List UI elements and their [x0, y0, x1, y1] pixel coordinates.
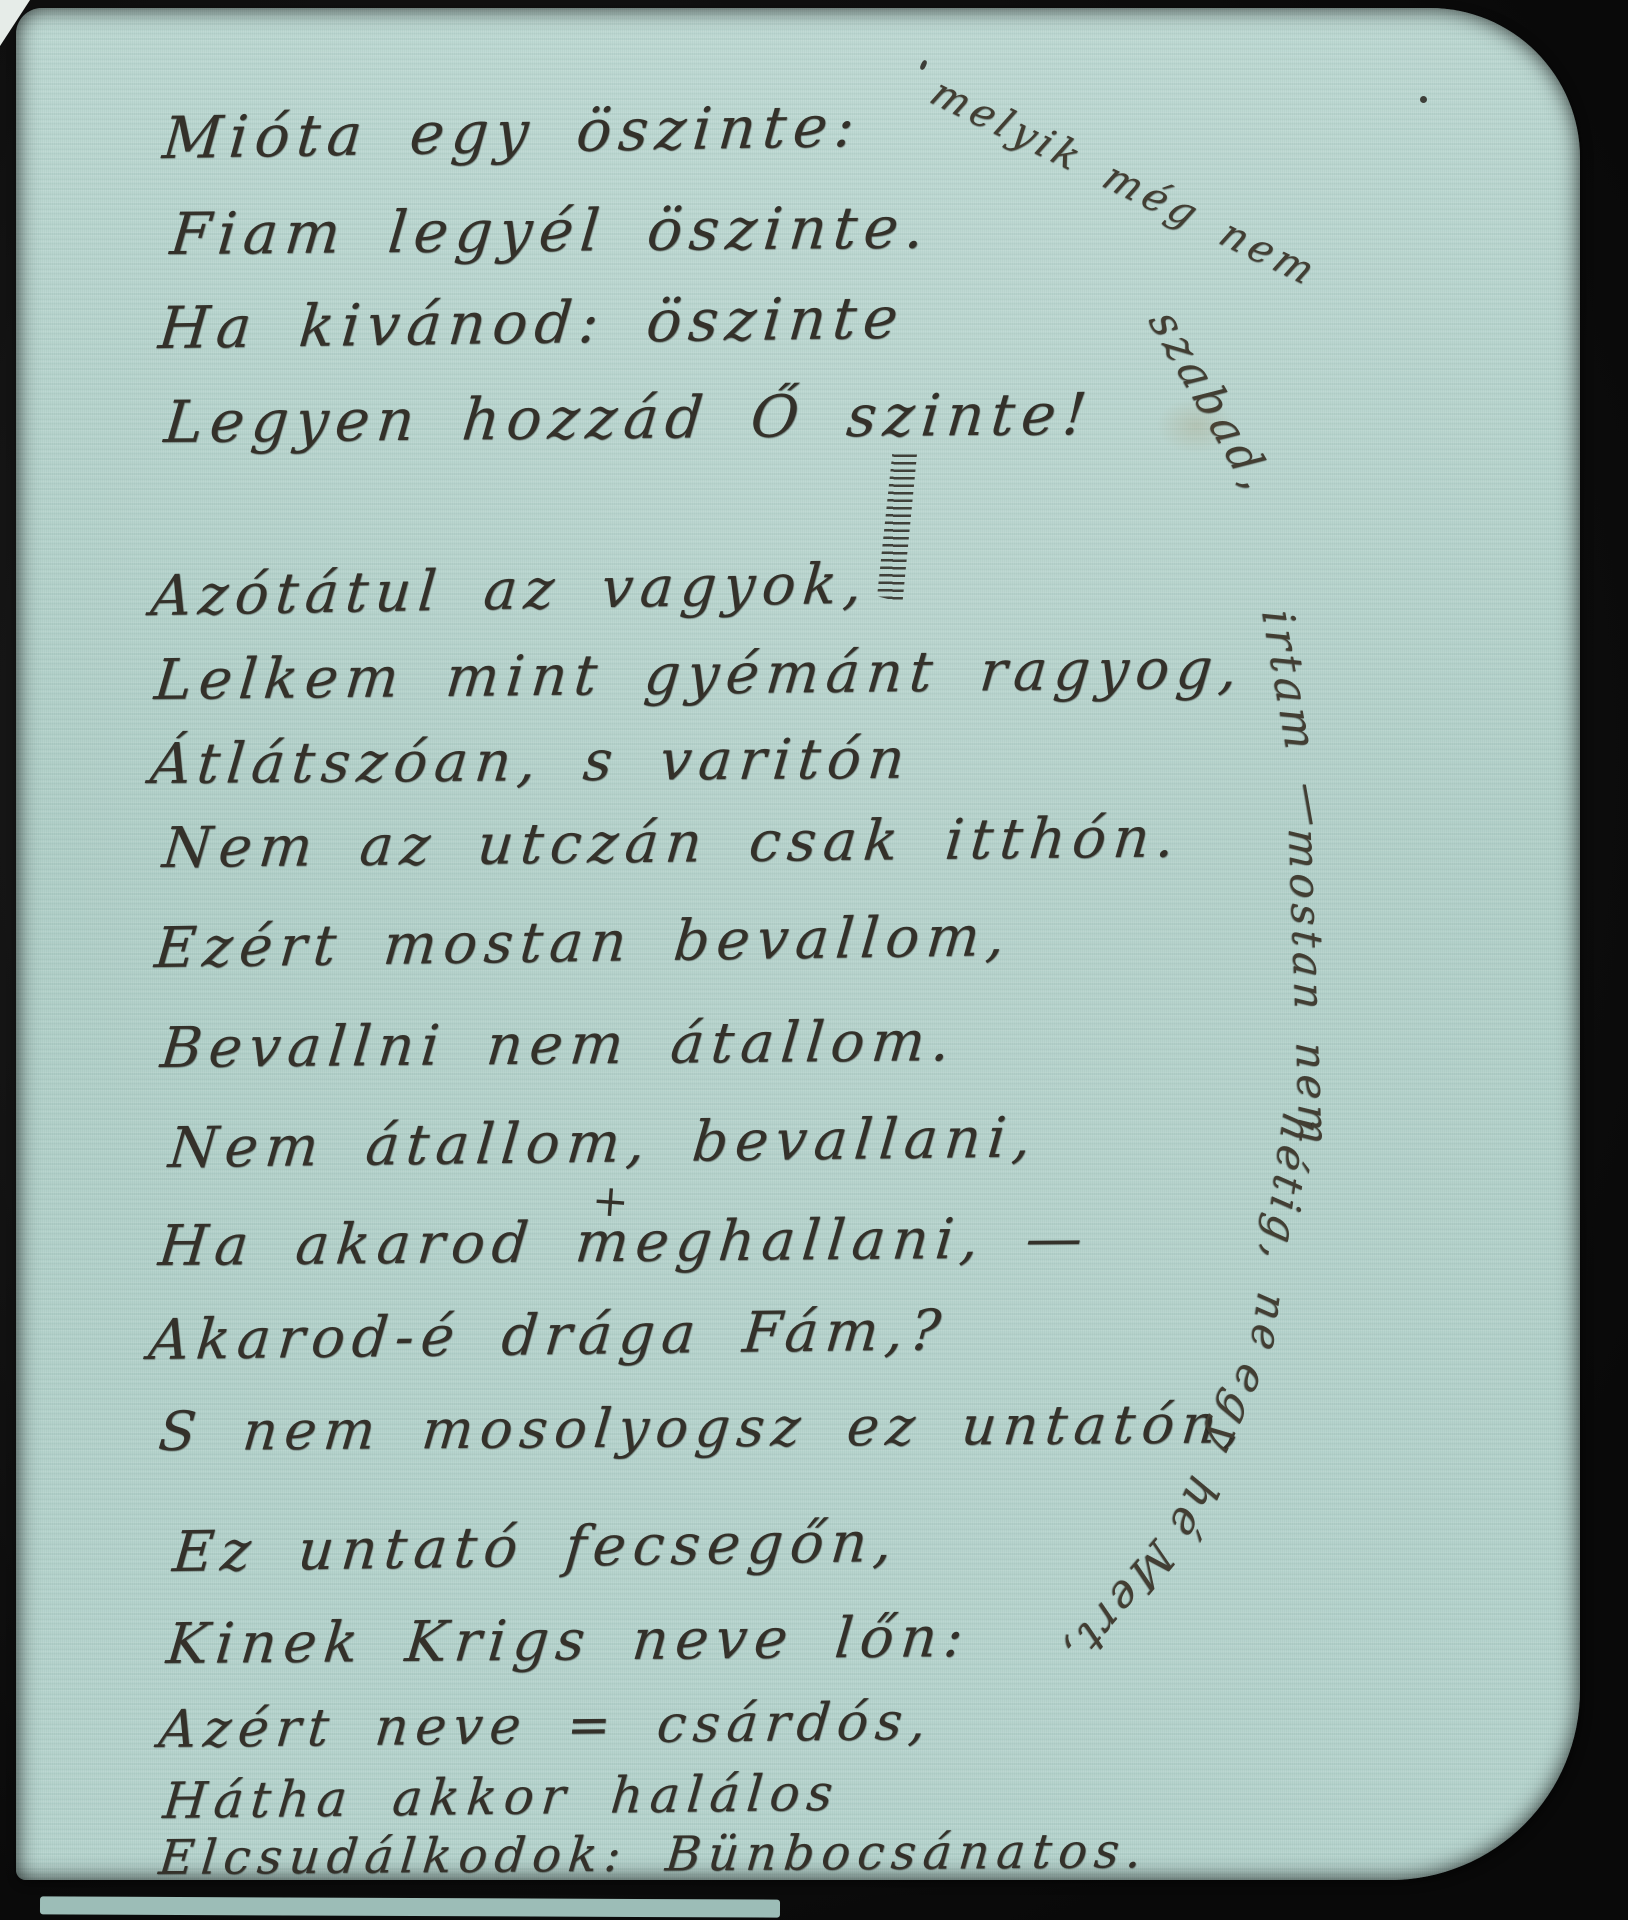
poem-line: Hátha akkor halálos — [161, 1764, 843, 1830]
poem-line: Mióta egy öszinte: — [160, 92, 864, 172]
ink-dot — [919, 59, 928, 70]
poem-line: Ez untató fecsegőn, — [170, 1510, 902, 1585]
margin-note-segment: melyik még nem — [922, 70, 1327, 295]
poem-line: Elcsudálkodok: Bünbocsánatos. — [157, 1823, 1152, 1886]
margin-note-segment: irtam — — [1251, 608, 1341, 833]
poem-line: Ezért mostan bevallom, — [152, 904, 1014, 981]
manuscript-paper: Mióta egy öszinte:Fiam legyél öszinte.Ha… — [16, 8, 1580, 1880]
margin-note-segment: mostan nem — [1279, 827, 1339, 1150]
insert-plus-mark: + — [590, 1175, 630, 1228]
margin-note-segment: hétig, ne — [1240, 1109, 1322, 1360]
poem-line: Legyen hozzád Ő szinte! — [161, 380, 1096, 456]
poem-line: Fiam legyél öszinte. — [167, 193, 934, 268]
poem-line: Ha kivánod: öszinte — [156, 284, 908, 363]
underlying-page-edge — [40, 1896, 780, 1917]
poem-line: Akarod-é drága Fám,? — [146, 1298, 950, 1373]
ink-dot — [1420, 96, 1427, 103]
poem-line: Nem az utczán csak itthón. — [160, 805, 1184, 881]
margin-note-segment: Mert, — [1052, 1530, 1184, 1680]
poem-line: Azótátul az vagyok, — [148, 551, 871, 629]
scribble-hatch-mark — [877, 449, 918, 603]
poem-line: Nem átallom, bevallani, — [166, 1105, 1041, 1181]
poem-line: S nem mosolyogsz ez untatón, — [156, 1392, 1251, 1463]
poem-line: Lelkem mint gyémánt ragyog, — [152, 637, 1247, 713]
poem-line: Kinek Krigs neve lőn: — [164, 1605, 973, 1677]
poem-line: Azért neve = csárdós, — [156, 1692, 935, 1760]
poem-line: Átlátszóan, s varitón — [148, 727, 915, 797]
poem-line: Bevallni nem átallom. — [158, 1009, 960, 1081]
paper-stain — [1156, 398, 1236, 454]
